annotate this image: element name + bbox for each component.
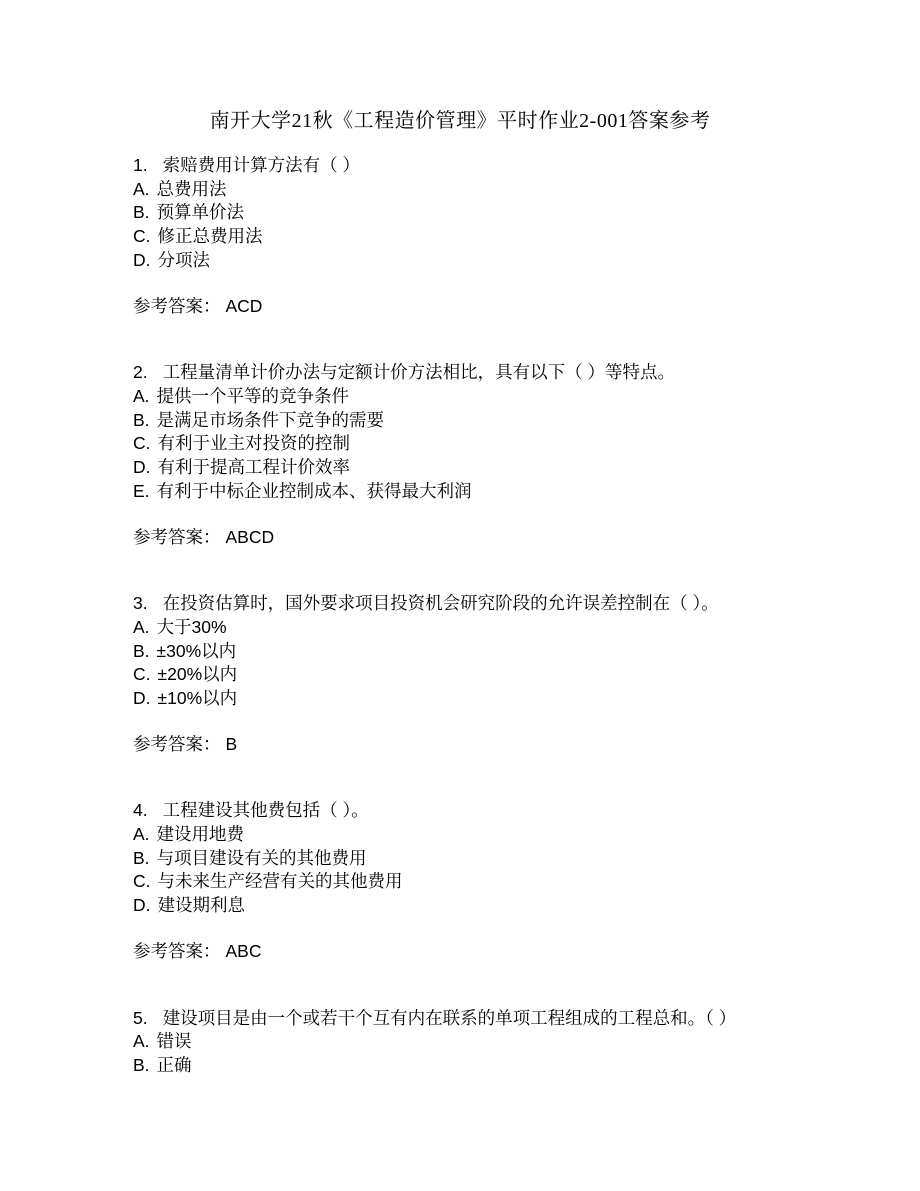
option-label: B. (133, 202, 150, 222)
option-text: 有利于提高工程计价效率 (158, 457, 351, 477)
question-block: 1.索赔费用计算方法有（ ） A.总费用法B.预算单价法C.修正总费用法D.分项… (133, 154, 870, 319)
option-line: B.±30%以内 (133, 640, 870, 664)
question-text: 在投资估算时，国外要求项目投资机会研究阶段的允许误差控制在（ ）。 (163, 593, 719, 613)
option-text: 大于30% (157, 617, 227, 637)
option-text: ±20%以内 (158, 664, 238, 684)
option-text: 修正总费用法 (158, 226, 263, 246)
answer-value: B (226, 734, 238, 754)
option-label: C. (133, 664, 151, 684)
option-label: D. (133, 250, 151, 270)
option-label: A. (133, 1031, 150, 1051)
option-label: B. (133, 641, 150, 661)
document-title: 南开大学21秋《工程造价管理》平时作业2-001答案参考 (0, 0, 920, 136)
answer-line: 参考答案：B (133, 733, 870, 757)
option-line: A.提供一个平等的竞争条件 (133, 385, 870, 409)
option-line: B.是满足市场条件下竞争的需要 (133, 409, 870, 433)
option-label: D. (133, 895, 151, 915)
option-text: 与未来生产经营有关的其他费用 (158, 871, 403, 891)
questions-container: 1.索赔费用计算方法有（ ） A.总费用法B.预算单价法C.修正总费用法D.分项… (0, 154, 920, 1078)
option-text: 有利于业主对投资的控制 (158, 433, 351, 453)
option-line: C.±20%以内 (133, 663, 870, 687)
question-text: 工程量清单计价办法与定额计价方法相比，具有以下（ ）等特点。 (163, 362, 675, 382)
options-list: A.错误B.正确 (133, 1030, 870, 1077)
option-label: C. (133, 226, 151, 246)
question-line: 3.在投资估算时，国外要求项目投资机会研究阶段的允许误差控制在（ ）。 (133, 592, 870, 616)
question-text: 索赔费用计算方法有（ ） (163, 155, 360, 175)
question-number: 3. (133, 593, 148, 613)
option-label: A. (133, 617, 150, 637)
option-line: D.±10%以内 (133, 687, 870, 711)
option-line: D.分项法 (133, 249, 870, 273)
option-label: C. (133, 871, 151, 891)
question-line: 2.工程量清单计价办法与定额计价方法相比，具有以下（ ）等特点。 (133, 361, 870, 385)
answer-line: 参考答案：ABC (133, 940, 870, 964)
answer-line: 参考答案：ACD (133, 295, 870, 319)
answer-value: ABCD (226, 527, 275, 547)
answer-label: 参考答案： (133, 527, 221, 547)
option-line: A.建设用地费 (133, 823, 870, 847)
option-text: 正确 (157, 1055, 192, 1075)
question-line: 4.工程建设其他费包括（ ）。 (133, 799, 870, 823)
option-text: 预算单价法 (157, 202, 245, 222)
question-number: 4. (133, 800, 148, 820)
option-label: A. (133, 386, 150, 406)
option-label: B. (133, 848, 150, 868)
option-text: ±10%以内 (158, 688, 238, 708)
option-line: D.有利于提高工程计价效率 (133, 456, 870, 480)
question-line: 1.索赔费用计算方法有（ ） (133, 154, 870, 178)
option-text: 分项法 (158, 250, 211, 270)
options-list: A.总费用法B.预算单价法C.修正总费用法D.分项法 (133, 178, 870, 273)
option-text: 建设用地费 (157, 824, 245, 844)
question-text: 工程建设其他费包括（ ）。 (163, 800, 369, 820)
question-text: 建设项目是由一个或若干个互有内在联系的单项工程组成的工程总和。（ ） (163, 1008, 737, 1028)
option-text: 是满足市场条件下竞争的需要 (157, 410, 385, 430)
question-block: 2.工程量清单计价办法与定额计价方法相比，具有以下（ ）等特点。 A.提供一个平… (133, 361, 870, 549)
option-text: 建设期利息 (158, 895, 246, 915)
answer-value: ABC (226, 941, 262, 961)
option-label: B. (133, 410, 150, 430)
option-line: B.与项目建设有关的其他费用 (133, 847, 870, 871)
question-line: 5.建设项目是由一个或若干个互有内在联系的单项工程组成的工程总和。（ ） (133, 1007, 870, 1031)
option-line: C.修正总费用法 (133, 225, 870, 249)
answer-label: 参考答案： (133, 296, 221, 316)
option-line: E.有利于中标企业控制成本、获得最大利润 (133, 480, 870, 504)
option-line: D.建设期利息 (133, 894, 870, 918)
answer-label: 参考答案： (133, 941, 221, 961)
question-block: 4.工程建设其他费包括（ ）。 A.建设用地费B.与项目建设有关的其他费用C.与… (133, 799, 870, 964)
option-text: 总费用法 (157, 179, 227, 199)
option-text: 有利于中标企业控制成本、获得最大利润 (157, 481, 472, 501)
option-line: A.大于30% (133, 616, 870, 640)
option-line: A.错误 (133, 1030, 870, 1054)
option-line: A.总费用法 (133, 178, 870, 202)
answer-value: ACD (226, 296, 263, 316)
option-text: 错误 (157, 1031, 192, 1051)
question-block: 3.在投资估算时，国外要求项目投资机会研究阶段的允许误差控制在（ ）。 A.大于… (133, 592, 870, 757)
question-number: 1. (133, 155, 148, 175)
question-number: 2. (133, 362, 148, 382)
options-list: A.提供一个平等的竞争条件B.是满足市场条件下竞争的需要C.有利于业主对投资的控… (133, 385, 870, 504)
option-line: C.与未来生产经营有关的其他费用 (133, 870, 870, 894)
option-label: D. (133, 457, 151, 477)
document-page: 南开大学21秋《工程造价管理》平时作业2-001答案参考 1.索赔费用计算方法有… (0, 0, 920, 1191)
option-text: 提供一个平等的竞争条件 (157, 386, 350, 406)
option-label: B. (133, 1055, 150, 1075)
option-line: B.正确 (133, 1054, 870, 1078)
option-label: A. (133, 179, 150, 199)
option-line: B.预算单价法 (133, 201, 870, 225)
option-line: C.有利于业主对投资的控制 (133, 432, 870, 456)
question-number: 5. (133, 1008, 148, 1028)
answer-label: 参考答案： (133, 734, 221, 754)
option-label: A. (133, 824, 150, 844)
option-text: ±30%以内 (157, 641, 237, 661)
option-label: C. (133, 433, 151, 453)
option-text: 与项目建设有关的其他费用 (157, 848, 367, 868)
option-label: D. (133, 688, 151, 708)
answer-line: 参考答案：ABCD (133, 526, 870, 550)
question-block: 5.建设项目是由一个或若干个互有内在联系的单项工程组成的工程总和。（ ） A.错… (133, 1007, 870, 1078)
options-list: A.建设用地费B.与项目建设有关的其他费用C.与未来生产经营有关的其他费用D.建… (133, 823, 870, 918)
options-list: A.大于30%B.±30%以内C.±20%以内D.±10%以内 (133, 616, 870, 711)
option-label: E. (133, 481, 150, 501)
